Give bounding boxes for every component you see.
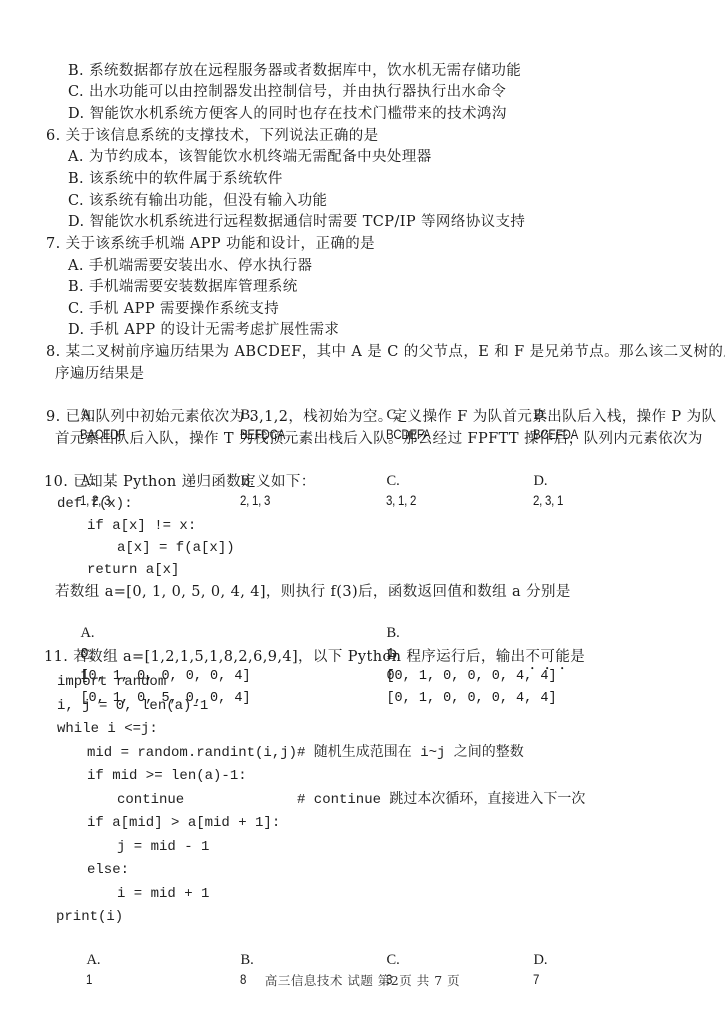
q9-stem-line1: 9. 已知队列中初始元素依次为 3,1,2，栈初始为空。定义操作 F 为队首元素… [46,407,716,427]
q9-option-c: C. 3, 1, 2 [368,451,422,531]
q7-option-a: A. 手机端需要安装出水、停水执行器 [68,256,312,276]
q11-stem-emphasis: 不可能 [526,649,571,665]
option-value: 2, 3, 1 [533,491,563,511]
q10-code-line: a[x] = f(a[x]) [117,538,235,558]
q7-option-d: D. 手机 APP 的设计无需考虑扩展性需求 [68,320,339,340]
q11-code-line: i = mid + 1 [117,884,209,904]
q11-code-line: mid = random.randint(i,j) [87,743,297,763]
q5-option-d: D. 智能饮水机系统方便客人的同时也存在技术门槛带来的技术鸿沟 [68,104,507,124]
option-array: [0, 1, 0, 0, 0, 4, 4] [386,691,556,706]
q11-code-line: print(i) [56,907,123,927]
q11-stem: 11. 若数组 a=[1,2,1,5,1,8,2,6,9,4]，以下 Pytho… [44,647,585,673]
q9-stem-line2: 首元素出队后入队，操作 T 为栈顶元素出栈后入队。那么经过 FPFTT 操作后，… [55,429,703,449]
q11-code-line: j = mid - 1 [117,837,209,857]
q11-code-line: continue [117,790,184,810]
option-label: A. [86,952,100,968]
option-label: C. [386,952,399,968]
q7-stem: 7. 关于该系统手机端 APP 功能和设计，正确的是 [46,234,375,254]
option-value: 2, 1, 3 [240,491,270,511]
exam-page: B. 系统数据都存放在远程服务器或者数据库中，饮水机无需存储功能 C. 出水功能… [0,0,725,1024]
q10-question: 若数组 a=[0, 1, 0, 5, 0, 4, 4]，则执行 f(3)后，函数… [55,582,571,602]
q11-option-b: B. 8 [222,930,254,1010]
q6-option-c: C. 该系统有输出功能，但没有输入功能 [68,191,327,211]
q6-stem: 6. 关于该信息系统的支撑技术，下列说法正确的是 [46,126,379,146]
q11-code-line: while i <=j: [57,719,158,739]
q10-code-line: def f(x): [57,494,133,514]
page-footer: 高三信息技术 试题 第2页 共 7 页 [0,972,725,990]
q11-code-line: import random [57,672,166,692]
q11-code-line: i, j = 0, len(a)-1 [57,696,208,716]
q11-code-line: if a[mid] > a[mid + 1]: [87,813,280,833]
q7-option-b: B. 手机端需要安装数据库管理系统 [68,277,298,297]
q9-option-d: D. 2, 3, 1 [515,451,569,531]
q11-option-a: A. 1 [68,930,101,1010]
q11-comment-continue: # continue 跳过本次循环，直接进入下一次 [297,790,585,810]
q10-option-d: D. 0 [0, 1, 0, 0, 0, 4, 4] [368,625,557,729]
option-label: B. [240,952,253,968]
q6-option-d: D. 智能饮水机系统进行远程数据通信时需要 TCP/IP 等网络协议支持 [68,212,525,232]
option-label: D. [533,952,547,968]
option-label: C. [386,473,399,489]
q11-code-line: else: [87,860,129,880]
q8-stem-line2: 序遍历结果是 [55,364,144,384]
q5-option-b: B. 系统数据都存放在远程服务器或者数据库中，饮水机无需存储功能 [68,61,521,81]
q11-stem-suffix: 是 [570,649,585,665]
q11-comment-randint: # 随机生成范围在 i~j 之间的整数 [297,743,524,763]
q11-code-line: if mid >= len(a)-1: [87,766,247,786]
q10-code-line: return a[x] [87,560,179,580]
q11-option-c: C. 3 [368,930,400,1010]
q11-stem-prefix: 11. 若数组 a=[1,2,1,5,1,8,2,6,9,4]，以下 Pytho… [44,649,526,665]
q5-option-c: C. 出水功能可以由控制器发出控制信号，并由执行器执行出水命令 [68,82,506,102]
q11-option-d: D. 7 [515,930,548,1010]
option-value: 3, 1, 2 [386,491,416,511]
q10-stem: 10. 已知某 Python 递归函数定义如下： [44,472,316,492]
q7-option-c: C. 手机 APP 需要操作系统支持 [68,299,279,319]
q6-option-a: A. 为节约成本，该智能饮水机终端无需配备中央处理器 [68,147,432,167]
q6-option-b: B. 该系统中的软件属于系统软件 [68,169,283,189]
option-label: D. [533,473,547,489]
q8-stem-line1: 8. 某二叉树前序遍历结果为 ABCDEF，其中 A 是 C 的父节点，E 和 … [46,342,725,362]
q10-code-line: if a[x] != x: [87,516,196,536]
